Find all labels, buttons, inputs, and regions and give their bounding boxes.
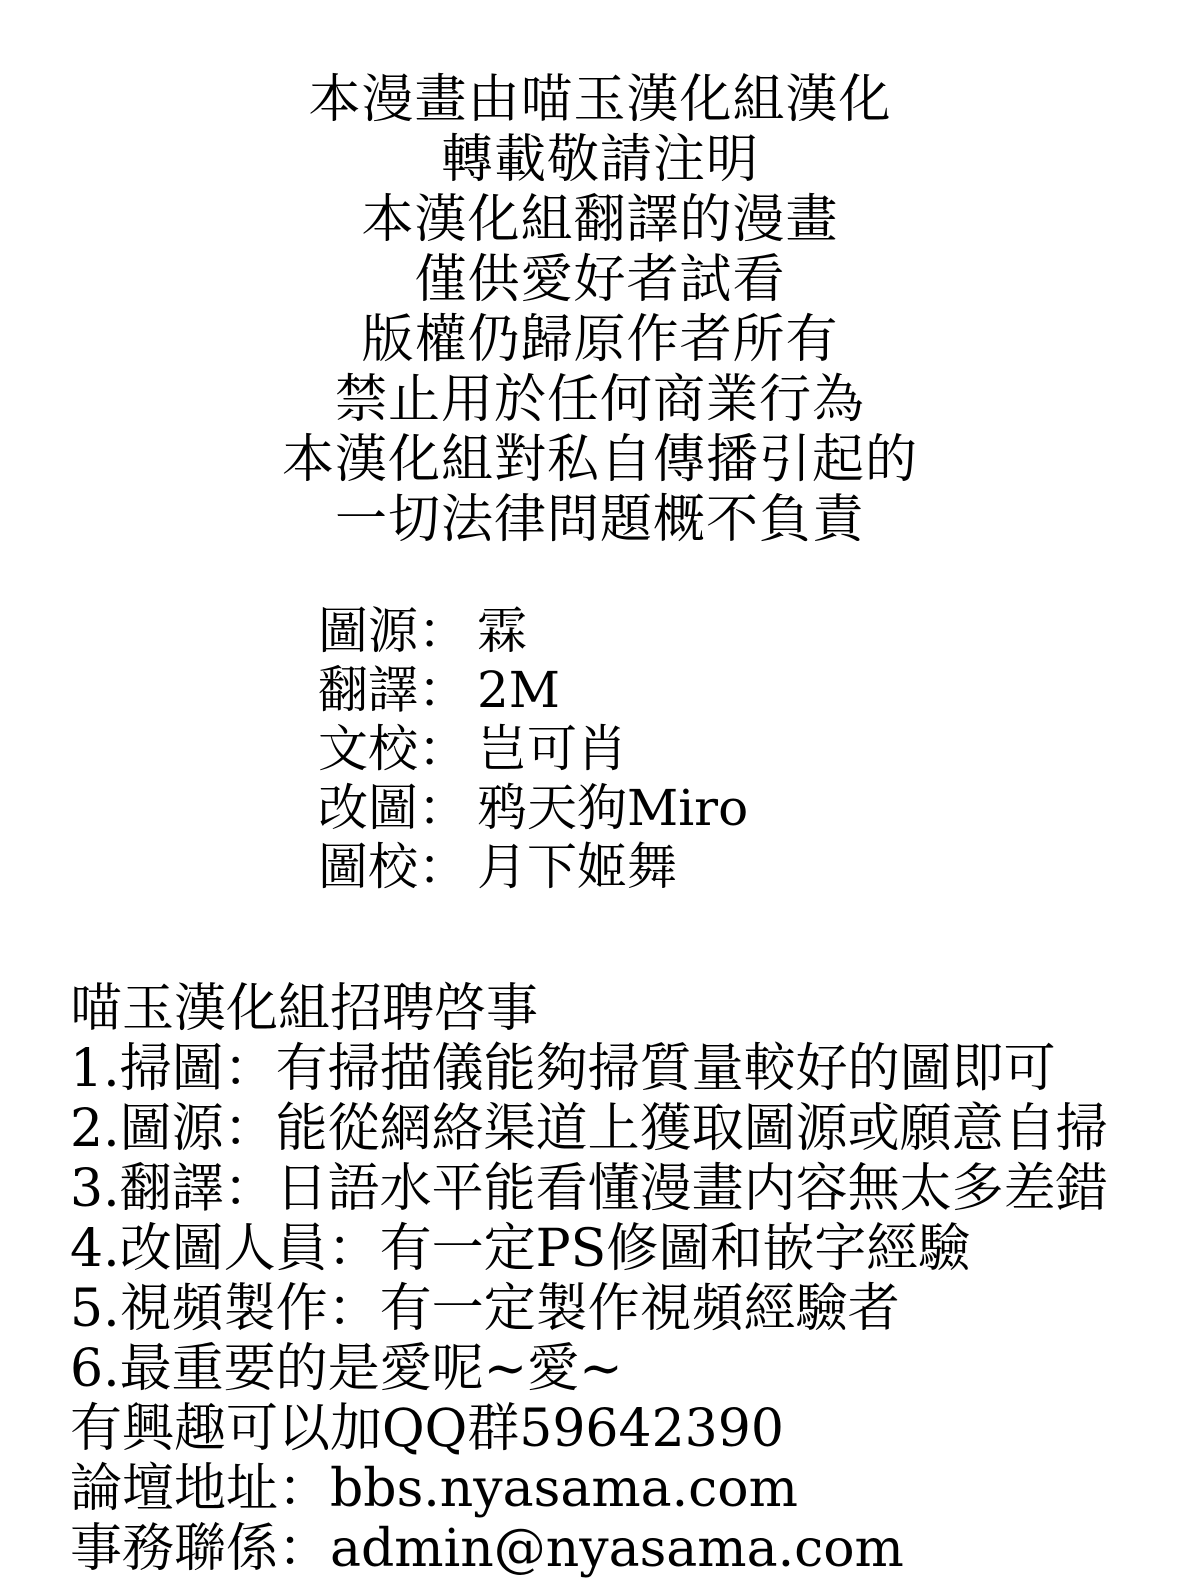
credit-role: 圖源	[318, 602, 418, 660]
credit-name: 霖	[477, 602, 527, 660]
recruitment-item-scan: 1.掃圖：有掃描儀能夠掃質量較好的圖即可	[70, 1039, 1200, 1099]
credit-row-source: 圖源：霖	[318, 602, 1200, 661]
disclaimer-line-4: 僅供愛好者試看	[0, 250, 1200, 310]
credit-role: 改圖	[318, 779, 418, 837]
credit-role: 文校	[318, 720, 418, 778]
recruitment-title: 喵玉漢化組招聘啓事	[70, 979, 1200, 1039]
credit-row-translation: 翻譯：2M	[318, 661, 1200, 720]
disclaimer-line-6: 禁止用於任何商業行為	[0, 370, 1200, 430]
disclaimer-line-1: 本漫畫由喵玉漢化組漢化	[0, 70, 1200, 130]
recruitment-forum-url: 論壇地址：bbs.nyasama.com	[70, 1459, 1200, 1519]
disclaimer-line-2: 轉載敬請注明	[0, 130, 1200, 190]
credit-name: 2M	[477, 661, 560, 719]
recruitment-block: 喵玉漢化組招聘啓事 1.掃圖：有掃描儀能夠掃質量較好的圖即可 2.圖源：能從網絡…	[70, 979, 1200, 1579]
recruitment-qq-group: 有興趣可以加QQ群59642390	[70, 1399, 1200, 1459]
credit-colon: ：	[418, 720, 468, 778]
recruitment-item-love: 6.最重要的是愛呢~愛~	[70, 1339, 1200, 1399]
recruitment-item-translate: 3.翻譯：日語水平能看懂漫畫内容無太多差錯	[70, 1159, 1200, 1219]
credit-row-editing: 改圖：鸦天狗Miro	[318, 779, 1200, 838]
recruitment-item-video: 5.視頻製作：有一定製作視頻經驗者	[70, 1279, 1200, 1339]
credit-colon: ：	[418, 602, 468, 660]
credit-name: 岂可肖	[477, 720, 627, 778]
credit-colon: ：	[418, 838, 468, 896]
credit-row-proofread: 文校：岂可肖	[318, 720, 1200, 779]
credit-row-image-check: 圖校：月下姬舞	[318, 838, 1200, 897]
recruitment-item-source: 2.圖源：能從網絡渠道上獲取圖源或願意自掃	[70, 1099, 1200, 1159]
disclaimer-block: 本漫畫由喵玉漢化組漢化 轉載敬請注明 本漢化組翻譯的漫畫 僅供愛好者試看 版權仍…	[0, 0, 1200, 550]
credit-role: 圖校	[318, 838, 418, 896]
credit-role: 翻譯	[318, 661, 418, 719]
credit-colon: ：	[418, 661, 468, 719]
disclaimer-line-3: 本漢化組翻譯的漫畫	[0, 190, 1200, 250]
recruitment-contact-email: 事務聯係：admin@nyasama.com	[70, 1519, 1200, 1579]
staff-credits-block: 圖源：霖 翻譯：2M 文校：岂可肖 改圖：鸦天狗Miro 圖校：月下姬舞	[318, 602, 1200, 897]
disclaimer-line-7: 本漢化組對私自傳播引起的	[0, 430, 1200, 490]
disclaimer-line-5: 版權仍歸原作者所有	[0, 310, 1200, 370]
credits-page: 本漫畫由喵玉漢化組漢化 轉載敬請注明 本漢化組翻譯的漫畫 僅供愛好者試看 版權仍…	[0, 0, 1200, 1593]
credit-name: 月下姬舞	[477, 838, 677, 896]
credit-colon: ：	[418, 779, 468, 837]
recruitment-item-edit: 4.改圖人員：有一定PS修圖和嵌字經驗	[70, 1219, 1200, 1279]
disclaimer-line-8: 一切法律問題概不負責	[0, 490, 1200, 550]
credit-name: 鸦天狗Miro	[477, 779, 748, 837]
